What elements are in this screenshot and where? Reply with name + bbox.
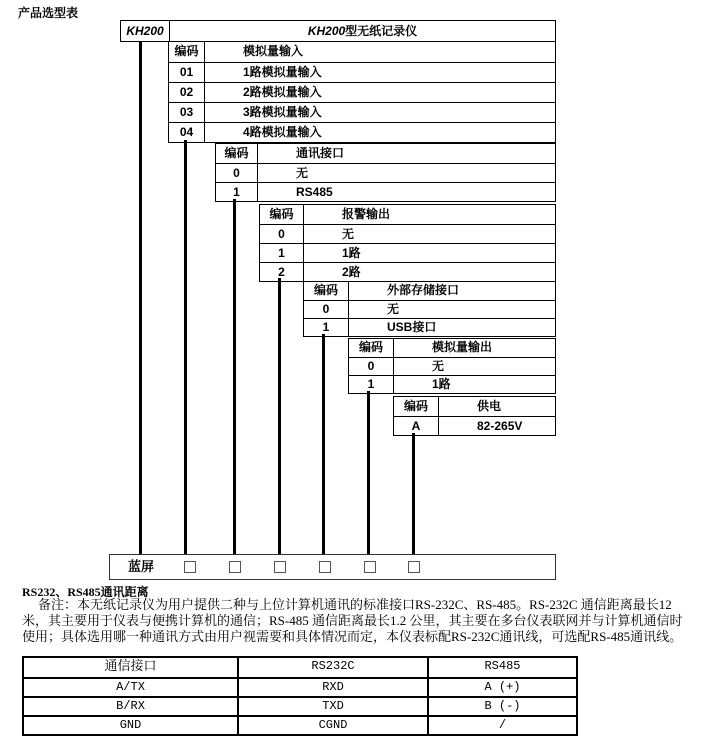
- note-line: 使用；具体选用哪一种通讯方式由用户视需要和具体情况而定，本仪表标配RS-232C…: [22, 629, 682, 645]
- desc-cell: 模拟量输入: [205, 42, 555, 62]
- note-paragraph: 备注：本无纸记录仪为用户提供二种与上位计算机通讯的标准接口RS-232C、RS-…: [22, 597, 682, 645]
- comm-table-cell: A/TX: [24, 679, 237, 696]
- comm-table-cell: /: [427, 717, 576, 734]
- comm-table-header-cell: RS485: [427, 658, 576, 677]
- desc-cell: 1路: [394, 376, 555, 393]
- desc-cell: 4路模拟量输入: [205, 123, 555, 142]
- comm-table-row: B/RX TXD B (-): [24, 696, 576, 715]
- desc-cell: 无: [304, 225, 555, 243]
- option-row: 0 无: [260, 224, 555, 243]
- desc-cell: 模拟量输出: [394, 339, 555, 357]
- option-row: 0 无: [216, 163, 555, 182]
- model-cell: KH200: [120, 20, 170, 42]
- code-cell: 1: [216, 183, 258, 201]
- connector-line: [278, 278, 281, 555]
- option-row: 编码 外部存储接口: [304, 282, 555, 300]
- option-checkbox[interactable]: [364, 561, 376, 573]
- code-cell: 1: [260, 244, 304, 262]
- option-row: 03 3路模拟量输入: [169, 102, 555, 122]
- connector-line: [322, 334, 325, 555]
- comm-table-cell: TXD: [237, 698, 427, 715]
- note-line: 备注：本无纸记录仪为用户提供二种与上位计算机通讯的标准接口RS-232C、RS-…: [22, 597, 682, 613]
- connector-line: [233, 199, 236, 555]
- option-row: 编码 供电: [394, 397, 555, 416]
- desc-cell: 1路: [304, 244, 555, 262]
- code-cell: 03: [169, 103, 205, 122]
- desc-cell: 1路模拟量输入: [205, 63, 555, 82]
- desc-cell: 无: [394, 358, 555, 375]
- code-cell: 1: [304, 319, 349, 336]
- comm-table-cell: B (-): [427, 698, 576, 715]
- connector-line: [367, 391, 370, 555]
- option-row: 编码 报警输出: [260, 205, 555, 224]
- option-checkbox[interactable]: [274, 561, 286, 573]
- desc-cell: USB接口: [349, 319, 555, 336]
- page-title: 产品选型表: [18, 4, 78, 21]
- product-name-model: KH200: [308, 24, 345, 38]
- option-group-power-supply: 编码 供电 A 82-265V: [393, 396, 556, 436]
- option-row: 编码 通讯接口: [216, 144, 555, 163]
- product-name-rest: 型无纸记录仪: [345, 24, 417, 38]
- option-row: 1 USB接口: [304, 318, 555, 336]
- code-cell: 1: [349, 376, 394, 393]
- code-cell: A: [394, 417, 439, 435]
- option-row: 1 1路: [260, 243, 555, 262]
- option-row: 2 2路: [260, 262, 555, 281]
- comm-table-cell: RXD: [237, 679, 427, 696]
- option-row: 1 1路: [349, 375, 555, 393]
- comm-table-cell: GND: [24, 717, 237, 734]
- code-cell: 0: [304, 301, 349, 318]
- product-name-cell: KH200型无纸记录仪: [169, 20, 556, 42]
- option-group-analog-output: 编码 模拟量输出 0 无 1 1路: [348, 338, 556, 394]
- blue-screen-row: 蓝屏: [109, 554, 556, 580]
- note-line: 米，其主要用于仪表与便携计算机的通信；RS-485 通信距离最长1.2 公里，其…: [22, 613, 682, 629]
- option-row: 01 1路模拟量输入: [169, 62, 555, 82]
- option-row: A 82-265V: [394, 416, 555, 435]
- option-row: 编码 模拟量输入: [169, 42, 555, 62]
- code-cell: 编码: [304, 282, 349, 300]
- option-group-comm-interface: 编码 通讯接口 0 无 1 RS485: [215, 143, 556, 202]
- code-cell: 2: [260, 263, 304, 281]
- option-row: 0 无: [304, 300, 555, 318]
- comm-table-header-row: 通信接口 RS232C RS485: [24, 658, 576, 677]
- code-cell: 02: [169, 83, 205, 102]
- desc-cell: 外部存储接口: [349, 282, 555, 300]
- option-checkbox[interactable]: [319, 561, 331, 573]
- desc-cell: RS485: [258, 183, 555, 201]
- connector-line: [139, 41, 142, 555]
- comm-table-cell: B/RX: [24, 698, 237, 715]
- desc-cell: 报警输出: [304, 205, 555, 224]
- desc-cell: 无: [349, 301, 555, 318]
- desc-cell: 2路: [304, 263, 555, 281]
- desc-cell: 无: [258, 164, 555, 182]
- document-page: 产品选型表 KH200 KH200型无纸记录仪 编码 模拟量输入 01 1路模拟…: [0, 0, 710, 739]
- option-checkbox[interactable]: [229, 561, 241, 573]
- option-checkbox[interactable]: [408, 561, 420, 573]
- code-cell: 编码: [394, 397, 439, 416]
- code-cell: 编码: [216, 144, 258, 163]
- connector-line: [184, 140, 187, 555]
- code-cell: 0: [260, 225, 304, 243]
- option-row: 0 无: [349, 357, 555, 375]
- code-cell: 0: [349, 358, 394, 375]
- code-cell: 编码: [260, 205, 304, 224]
- comm-table-cell: CGND: [237, 717, 427, 734]
- code-cell: 编码: [169, 42, 205, 62]
- blue-screen-label: 蓝屏: [128, 555, 154, 579]
- comm-table-row: GND CGND /: [24, 715, 576, 734]
- desc-cell: 供电: [439, 397, 555, 416]
- option-group-alarm-output: 编码 报警输出 0 无 1 1路 2 2路: [259, 204, 556, 282]
- connector-line: [412, 433, 415, 555]
- comm-table: 通信接口 RS232C RS485 A/TX RXD A (+) B/RX TX…: [22, 656, 578, 736]
- comm-table-cell: A (+): [427, 679, 576, 696]
- code-cell: 0: [216, 164, 258, 182]
- option-group-analog-input: 编码 模拟量输入 01 1路模拟量输入 02 2路模拟量输入 03 3路模拟量输…: [168, 41, 556, 143]
- comm-table-row: A/TX RXD A (+): [24, 677, 576, 696]
- code-cell: 编码: [349, 339, 394, 357]
- option-group-storage-interface: 编码 外部存储接口 0 无 1 USB接口: [303, 281, 556, 337]
- code-cell: 01: [169, 63, 205, 82]
- desc-cell: 通讯接口: [258, 144, 555, 163]
- option-row: 02 2路模拟量输入: [169, 82, 555, 102]
- desc-cell: 3路模拟量输入: [205, 103, 555, 122]
- option-checkbox[interactable]: [184, 561, 196, 573]
- desc-cell: 82-265V: [439, 417, 555, 435]
- desc-cell: 2路模拟量输入: [205, 83, 555, 102]
- comm-table-header-cell: RS232C: [237, 658, 427, 677]
- option-row: 1 RS485: [216, 182, 555, 201]
- option-row: 04 4路模拟量输入: [169, 122, 555, 142]
- option-row: 编码 模拟量输出: [349, 339, 555, 357]
- code-cell: 04: [169, 123, 205, 142]
- comm-table-header-cell: 通信接口: [24, 658, 237, 677]
